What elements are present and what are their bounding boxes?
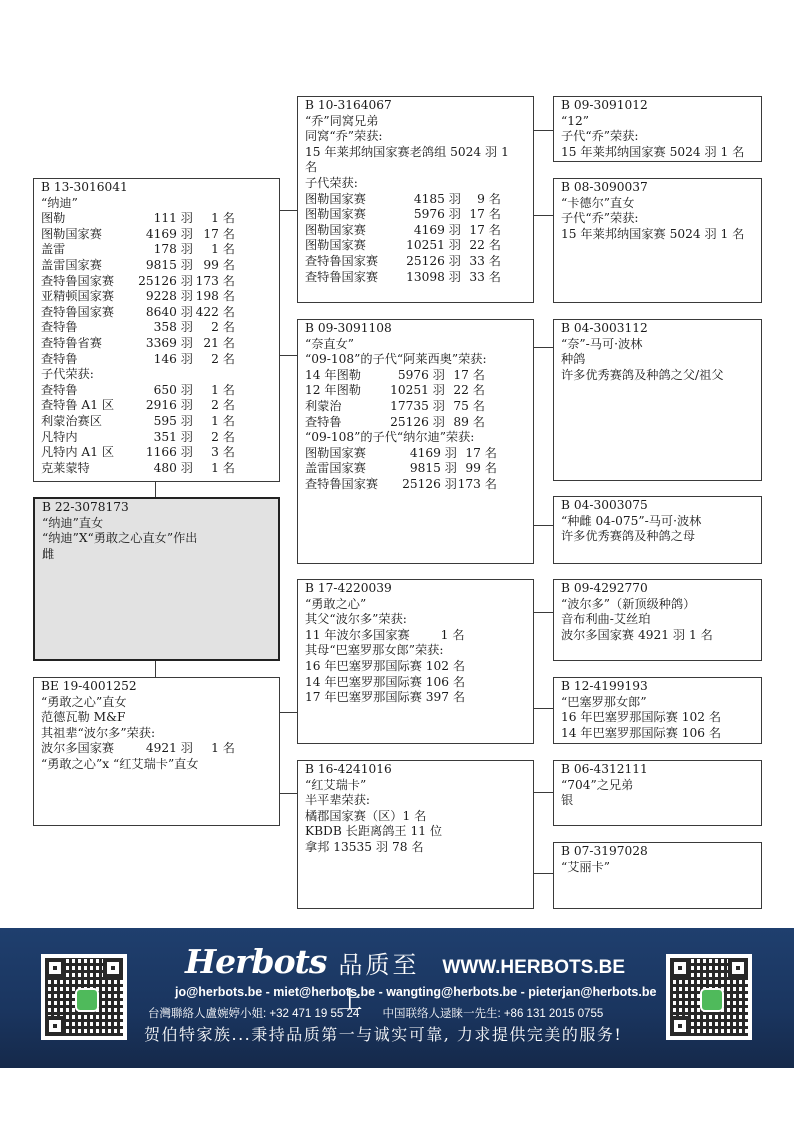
ring-number: B 13-3016041	[41, 180, 273, 196]
dds-card: B 06-4312111 “704”之兄弟 银	[553, 760, 762, 826]
line-icon	[75, 988, 99, 1012]
info-line: 许多优秀赛鸽及种鸽之父/祖父	[561, 368, 755, 384]
info-line: 银	[561, 793, 755, 809]
result-row: 利蒙治17735 羽75 名	[305, 399, 527, 415]
connector	[279, 712, 297, 713]
result-row: 查特鲁国家赛8640 羽422 名	[41, 305, 273, 321]
result-row: 查特鲁国家赛25126 羽33 名	[305, 254, 527, 270]
ring-number: B 09-3091012	[561, 98, 755, 114]
info-line: “卡德尔”直女	[561, 196, 755, 212]
dam-dam-card: B 16-4241016 “红艾瑞卡” 半平辈荣获: 橘郡国家赛（区）1 名 K…	[297, 760, 534, 909]
ring-number: B 10-3164067	[305, 98, 527, 114]
result-row: 14 年图勒5976 羽17 名	[305, 368, 527, 384]
ring-number: B 09-3091108	[305, 321, 527, 337]
result-row: 图勒国家赛4185 羽9 名	[305, 192, 527, 208]
ring-number: B 07-3197028	[561, 844, 755, 860]
info-line: “勇敢之心”	[305, 597, 527, 613]
connector	[533, 130, 553, 131]
connector	[533, 612, 553, 613]
ring-number: B 08-3090037	[561, 180, 755, 196]
info-line: “奈”-马可·波林	[561, 337, 755, 353]
info-line: 16 年巴塞罗那国际赛 102 名	[561, 710, 755, 726]
info-line: 拿邦 13535 羽 78 名	[305, 840, 527, 856]
subject-card: B 22-3078173 “纳迪”直女 “纳迪”X“勇敢之心直女”作出 雌	[33, 497, 280, 661]
info-line: 15 年莱邦纳国家赛 5024 羽 1 名	[561, 145, 755, 161]
ddd-card: B 07-3197028 “艾丽卡”	[553, 842, 762, 909]
info-line: “乔”同窝兄弟	[305, 114, 527, 130]
result-row: 查特鲁25126 羽89 名	[305, 415, 527, 431]
contact-china: 中国联络人逯睐一先生: +86 131 2015 0755	[382, 1008, 603, 1020]
connector	[533, 792, 553, 793]
result-row: 查特鲁358 羽2 名	[41, 320, 273, 336]
info-line: 音布利曲-艾丝珀	[561, 612, 755, 628]
info-line: 11 年波尔多国家赛 1 名	[305, 628, 527, 644]
ring-number: B 09-4292770	[561, 581, 755, 597]
email-contacts[interactable]: jo@herbots.be - miet@herbots.be - wangti…	[175, 985, 656, 999]
result-row: 波尔多国家赛4921 羽1 名	[41, 741, 273, 757]
sire-sire-card: B 10-3164067 “乔”同窝兄弟 同窝“乔”荣获: 15 年莱邦纳国家赛…	[297, 96, 534, 303]
connector	[533, 215, 553, 216]
line-qr-code[interactable]	[41, 954, 127, 1040]
ring-number: B 16-4241016	[305, 762, 527, 778]
result-row: 图勒国家赛4169 羽17 名	[305, 446, 527, 462]
sds-card: B 04-3003112 “奈”-马可·波林 种鸽 许多优秀赛鸽及种鸽之父/祖父	[553, 319, 762, 481]
info-line: “勇敢之心”直女	[41, 695, 273, 711]
ring-number: B 12-4199193	[561, 679, 755, 695]
dam-card: BE 19-4001252 “勇敢之心”直女 范德瓦勒 M&F 其祖辈“波尔多”…	[33, 677, 280, 826]
connector	[279, 355, 297, 356]
info-line: “波尔多”（新顶级种鸽）	[561, 597, 755, 613]
result-row: 图勒国家赛4169 羽17 名	[41, 227, 273, 243]
result-row: 查特鲁 A1 区2916 羽2 名	[41, 398, 273, 414]
info-line: 许多优秀赛鸽及种鸽之母	[561, 529, 755, 545]
connector	[533, 347, 553, 348]
ring-number: B 06-4312111	[561, 762, 755, 778]
info-line: 其母“巴塞罗那女郎”荣获:	[305, 643, 527, 659]
info-line: 15 年莱邦纳国家赛 5024 羽 1 名	[561, 227, 755, 243]
result-row: 克莱蒙特480 羽1 名	[41, 461, 273, 477]
connector	[155, 481, 156, 498]
info-line: 波尔多国家赛 4921 羽 1 名	[561, 628, 755, 644]
offspring-results-list: 查特鲁650 羽1 名 查特鲁 A1 区2916 羽2 名 利蒙治赛区595 羽…	[41, 383, 273, 477]
connector	[533, 873, 553, 874]
info-line: “勇敢之心”x “红艾瑞卡”直女	[41, 757, 273, 773]
info-line: “704”之兄弟	[561, 778, 755, 794]
result-row: 凡特内351 羽2 名	[41, 430, 273, 446]
info-line: 橘郡国家赛（区）1 名	[305, 809, 527, 825]
result-row: 查特鲁146 羽2 名	[41, 352, 273, 368]
sss-card: B 09-3091012 “12” 子代“乔”荣获: 15 年莱邦纳国家赛 50…	[553, 96, 762, 162]
info-line: “纳迪”直女	[42, 516, 272, 532]
result-row: 图勒国家赛4169 羽17 名	[305, 223, 527, 239]
info-line: 子代荣获:	[305, 176, 527, 192]
sire-card: B 13-3016041 “纳迪” 图勒111 羽1 名 图勒国家赛4169 羽…	[33, 178, 280, 482]
offspring-heading: 子代荣获:	[41, 367, 273, 383]
info-line: 15 年莱邦纳国家赛老鸽组 5024 羽 1	[305, 145, 527, 161]
info-line: “奈直女”	[305, 337, 527, 353]
result-row: 查特鲁国家赛25126 羽173 名	[41, 274, 273, 290]
result-row: 查特鲁国家赛25126 羽173 名	[305, 477, 527, 493]
dsd-card: B 12-4199193 “巴塞罗那女郎” 16 年巴塞罗那国际赛 102 名 …	[553, 677, 762, 744]
info-line: “艾丽卡”	[561, 860, 755, 876]
result-row: 盖雷国家赛9815 羽99 名	[305, 461, 527, 477]
ring-number: B 17-4220039	[305, 581, 527, 597]
info-line: 名	[305, 160, 527, 176]
result-row: 图勒111 羽1 名	[41, 211, 273, 227]
info-line: 16 年巴塞罗那国际赛 102 名	[305, 659, 527, 675]
info-line: “09-108”的子代“阿莱西奥”荣获:	[305, 352, 527, 368]
phone-contacts: 台灣聯絡人盧婉婷小姐: +32 471 19 55 24 中国联络人逯睐一先生:…	[148, 1005, 603, 1021]
info-line: 其父“波尔多”荣获:	[305, 612, 527, 628]
tagline: 贺伯特家族...秉持品质第一与诚实可靠, 力求提供完美的服务!	[144, 1022, 622, 1045]
results-list: 图勒111 羽1 名 图勒国家赛4169 羽17 名 盖雷178 羽1 名 盖雷…	[41, 211, 273, 367]
info-line: 14 年巴塞罗那国际赛 106 名	[561, 726, 755, 742]
info-line: 范德瓦勒 M&F	[41, 710, 273, 726]
ring-number: BE 19-4001252	[41, 679, 273, 695]
info-line: “纳迪”X“勇敢之心直女”作出	[42, 531, 272, 547]
info-line: 子代“乔”荣获:	[561, 211, 755, 227]
ring-number: B 04-3003075	[561, 498, 755, 514]
info-line: 半平辈荣获:	[305, 793, 527, 809]
result-row: 图勒国家赛5976 羽17 名	[305, 207, 527, 223]
wechat-qr-code[interactable]	[666, 954, 752, 1040]
ring-number: B 04-3003112	[561, 321, 755, 337]
result-row: 亚精顿国家赛9228 羽198 名	[41, 289, 273, 305]
sire-dam-card: B 09-3091108 “奈直女” “09-108”的子代“阿莱西奥”荣获: …	[297, 319, 534, 564]
result-row: 盖雷国家赛9815 羽99 名	[41, 258, 273, 274]
info-line: 同窝“乔”荣获:	[305, 129, 527, 145]
info-line: “12”	[561, 114, 755, 130]
dss-card: B 09-4292770 “波尔多”（新顶级种鸽） 音布利曲-艾丝珀 波尔多国家…	[553, 579, 762, 661]
info-line: “种雌 04-075”-马可·波林	[561, 514, 755, 530]
info-line: 种鸽	[561, 352, 755, 368]
pigeon-name: “纳迪”	[41, 196, 273, 212]
result-row: 查特鲁650 羽1 名	[41, 383, 273, 399]
info-line: 17 年巴塞罗那国际赛 397 名	[305, 690, 527, 706]
info-line: 雌	[42, 547, 272, 563]
connector	[279, 210, 297, 211]
result-row: 查特鲁省赛3369 羽21 名	[41, 336, 273, 352]
result-row: 查特鲁国家赛13098 羽33 名	[305, 270, 527, 286]
info-line: 子代“乔”荣获:	[561, 129, 755, 145]
info-line: KBDB 长距离鸽王 11 位	[305, 824, 527, 840]
website-link[interactable]: WWW.HERBOTS.BE	[442, 957, 625, 979]
brand-row: Herbots 品质至上 WWW.HERBOTS.BE	[185, 942, 625, 982]
result-row: 12 年图勒10251 羽22 名	[305, 383, 527, 399]
connector	[533, 708, 553, 709]
footer-banner: Herbots 品质至上 WWW.HERBOTS.BE jo@herbots.b…	[0, 928, 794, 1068]
connector	[155, 660, 156, 678]
contact-taiwan: 台灣聯絡人盧婉婷小姐: +32 471 19 55 24	[148, 1008, 359, 1020]
info-line: “09-108”的子代“纳尔迪”荣获:	[305, 430, 527, 446]
result-row: 图勒国家赛10251 羽22 名	[305, 238, 527, 254]
result-row: 利蒙治赛区595 羽1 名	[41, 414, 273, 430]
brand-logo: Herbots	[185, 942, 326, 981]
wechat-icon	[700, 988, 724, 1012]
connector	[279, 793, 297, 794]
info-line: “巴塞罗那女郎”	[561, 695, 755, 711]
info-line: 14 年巴塞罗那国际赛 106 名	[305, 675, 527, 691]
sdd-card: B 04-3003075 “种雌 04-075”-马可·波林 许多优秀赛鸽及种鸽…	[553, 496, 762, 564]
dam-sire-card: B 17-4220039 “勇敢之心” 其父“波尔多”荣获: 11 年波尔多国家…	[297, 579, 534, 744]
result-row: 盖雷178 羽1 名	[41, 242, 273, 258]
ssd-card: B 08-3090037 “卡德尔”直女 子代“乔”荣获: 15 年莱邦纳国家赛…	[553, 178, 762, 303]
connector	[533, 525, 553, 526]
ring-number: B 22-3078173	[42, 500, 272, 516]
info-line: “红艾瑞卡”	[305, 778, 527, 794]
info-line: 其祖辈“波尔多”荣获:	[41, 726, 273, 742]
result-row: 凡特内 A1 区1166 羽3 名	[41, 445, 273, 461]
